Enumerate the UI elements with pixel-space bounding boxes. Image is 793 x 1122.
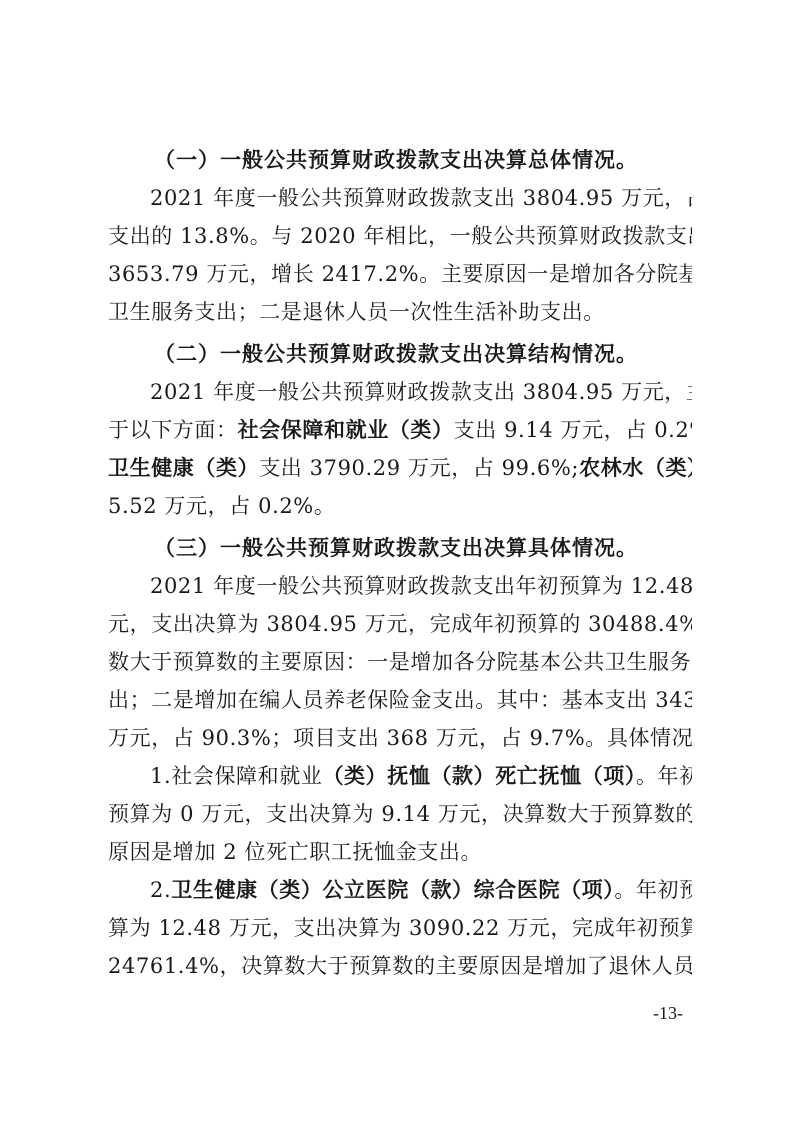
item-2-title: 2.卫生健康（类）公立医院（款）综合医院（项）。年初预 bbox=[108, 871, 692, 909]
item-number: 2. bbox=[150, 878, 171, 902]
paragraph-line: 2021 年度一般公共预算财政拨款支出年初预算为 12.48 万 bbox=[108, 567, 692, 605]
paragraph-line: 原因是增加 2 位死亡职工抚恤金支出。 bbox=[108, 833, 692, 871]
paragraph-line: 卫生服务支出；二是退休人员一次性生活补助支出。 bbox=[108, 293, 692, 331]
category-social-security: 社会保障和就业（类） bbox=[238, 418, 454, 442]
text-segment: 社会保障和就业 bbox=[171, 764, 322, 788]
text-segment: 于以下方面： bbox=[108, 418, 238, 442]
paragraph-line: 支出的 13.8%。与 2020 年相比，一般公共预算财政拨款支出增加 bbox=[108, 217, 692, 255]
paragraph-line: 3653.79 万元，增长 2417.2%。主要原因一是增加各分院基本公共 bbox=[108, 255, 692, 293]
page-number: -13- bbox=[653, 1003, 683, 1024]
text-segment: 。年初 bbox=[636, 764, 692, 788]
item-1-title: 1.社会保障和就业（类）抚恤（款）死亡抚恤（项）。年初 bbox=[108, 757, 692, 795]
paragraph-line: 于以下方面：社会保障和就业（类）支出 9.14 万元，占 0.2%; bbox=[108, 411, 692, 449]
section-heading-3: （三）一般公共预算财政拨款支出决算具体情况。 bbox=[108, 529, 692, 567]
paragraph-line: 卫生健康（类）支出 3790.29 万元，占 99.6%;农林水（类）支出 bbox=[108, 449, 692, 487]
section-heading-2: （二）一般公共预算财政拨款支出决算结构情况。 bbox=[108, 335, 692, 373]
item-category-bold: （类）抚恤（款）死亡抚恤（项） bbox=[322, 764, 636, 788]
document-page: （一）一般公共预算财政拨款支出决算总体情况。 2021 年度一般公共预算财政拨款… bbox=[108, 141, 692, 985]
text-segment: 支出 9.14 万元，占 0.2%; bbox=[454, 418, 692, 442]
paragraph-line: 2021 年度一般公共预算财政拨款支出 3804.95 万元，主要用 bbox=[108, 373, 692, 411]
paragraph-line: 5.52 万元，占 0.2%。 bbox=[108, 487, 692, 525]
text-segment: 支出 3790.29 万元，占 99.6%; bbox=[259, 456, 579, 480]
paragraph-line: 算为 12.48 万元，支出决算为 3090.22 万元，完成年初预算的 bbox=[108, 909, 692, 947]
paragraph-line: 预算为 0 万元，支出决算为 9.14 万元，决算数大于预算数的主要 bbox=[108, 795, 692, 833]
text-segment: 。年初预 bbox=[614, 878, 692, 902]
item-number: 1. bbox=[150, 764, 171, 788]
paragraph-line: 24761.4%，决算数大于预算数的主要原因是增加了退休人员一次 bbox=[108, 947, 692, 985]
item-category-bold: 卫生健康（类）公立医院（款）综合医院（项） bbox=[171, 878, 614, 902]
paragraph-line: 数大于预算数的主要原因：一是增加各分院基本公共卫生服务支 bbox=[108, 643, 692, 681]
category-health: 卫生健康（类） bbox=[108, 456, 259, 480]
paragraph-line: 出；二是增加在编人员养老保险金支出。其中：基本支出 3436.95 bbox=[108, 681, 692, 719]
section-heading-1: （一）一般公共预算财政拨款支出决算总体情况。 bbox=[108, 141, 692, 179]
paragraph-line: 元，支出决算为 3804.95 万元，完成年初预算的 30488.4%。决算 bbox=[108, 605, 692, 643]
category-agriculture: 农林水（类） bbox=[579, 456, 692, 480]
paragraph-line: 2021 年度一般公共预算财政拨款支出 3804.95 万元，占本年 bbox=[108, 179, 692, 217]
paragraph-line: 万元，占 90.3%；项目支出 368 万元，占 9.7%。具体情况如下： bbox=[108, 719, 692, 757]
